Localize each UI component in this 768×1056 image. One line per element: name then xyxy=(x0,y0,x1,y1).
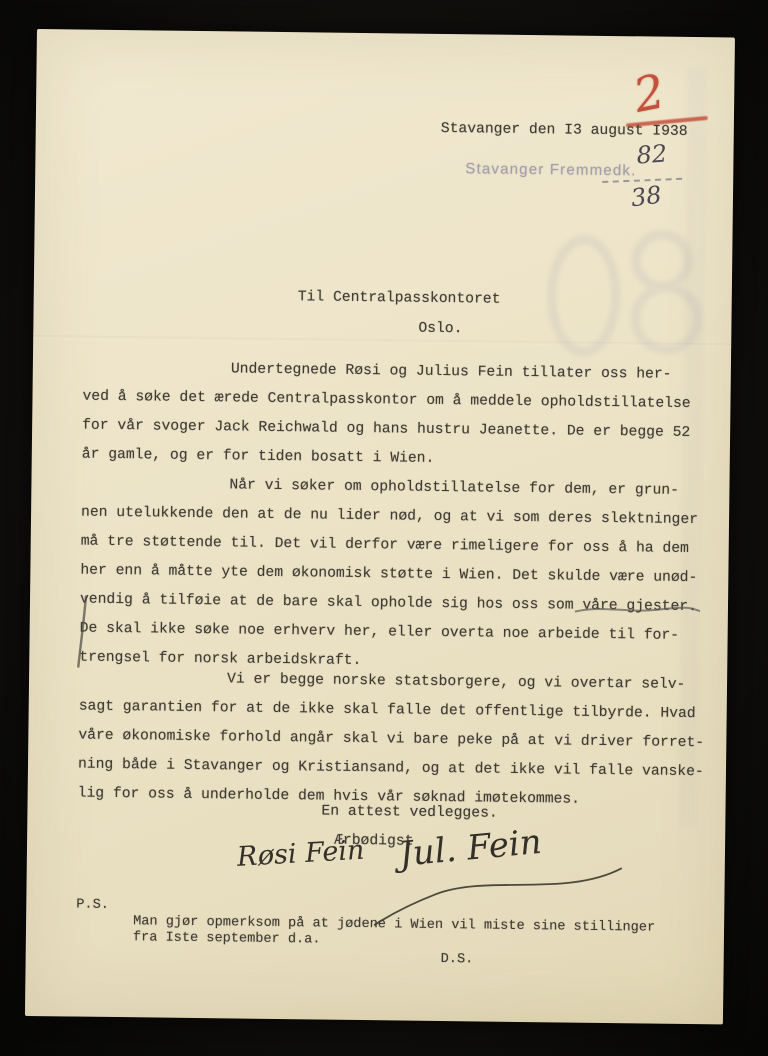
paragraph-1: Undertegnede Røsi og Julius Fein tillate… xyxy=(82,354,743,478)
registry-stamp: Stavanger Fremmedk. xyxy=(465,160,636,179)
postscript-label: P.S. xyxy=(76,898,109,914)
registry-number-bottom: 38 xyxy=(629,181,663,213)
recipient-city: Oslo. xyxy=(418,320,462,339)
red-page-number: 2 xyxy=(629,64,669,124)
signature-rosi-fein: Røsi Fein xyxy=(236,835,365,873)
pencil-underline xyxy=(573,603,703,619)
paragraph-3: Vi er begge norske statsborgere, og vi o… xyxy=(77,664,739,817)
postscript-text: Man gjør opmerksom på at jødene i Wien v… xyxy=(133,914,693,952)
date-line: Stavanger den I3 august I938 xyxy=(441,120,688,141)
pencil-margin-line xyxy=(75,592,90,672)
postscript-signoff: D.S. xyxy=(441,952,474,968)
attachment-note: En attest vedlegges. xyxy=(321,803,497,823)
bleed-through-mark xyxy=(545,207,712,384)
letter-page: 2 Stavanger den I3 august I938 Stavanger… xyxy=(25,29,735,1024)
paragraph-2: Når vi søker om opholdstillatelse for de… xyxy=(79,470,741,681)
recipient-line: Til Centralpasskontoret xyxy=(298,288,501,308)
scan-background: { "colors": { "paper": "#ece3c7", "ink":… xyxy=(0,0,768,1056)
registry-number-top: 82 xyxy=(636,139,669,169)
